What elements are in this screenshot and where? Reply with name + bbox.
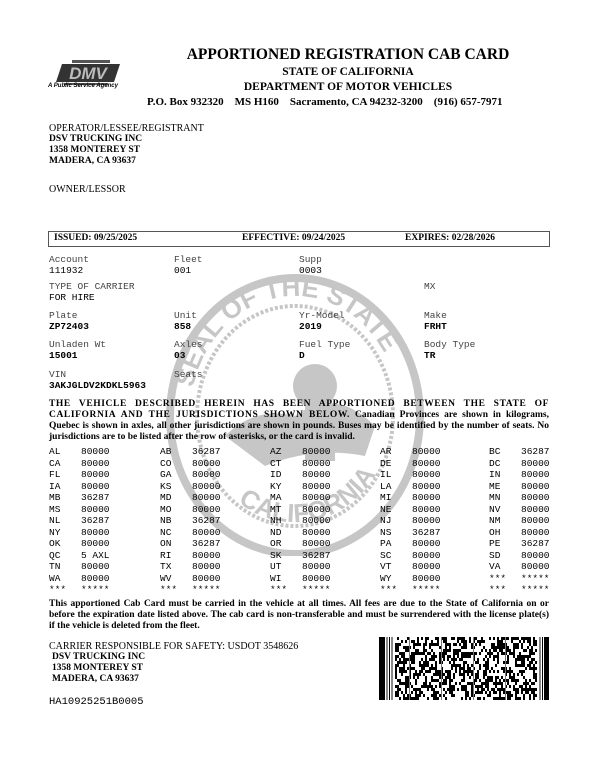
jurisdiction-weight: 80000 [412,538,441,549]
jurisdiction-row: NV80000 [489,504,550,516]
plate-value: ZP72403 [49,321,89,332]
jurisdiction-row: DE80000 [380,458,441,470]
jurisdiction-row: MD80000 [160,492,221,504]
unladen-wt-value: 15001 [49,350,78,361]
jurisdiction-weight: 80000 [521,515,550,526]
vin-value: 3AKJGLDV2KDKL5963 [49,380,146,391]
jurisdiction-weight: 80000 [521,550,550,561]
jurisdiction-weight: 80000 [192,527,221,538]
jurisdiction-weight: 80000 [81,504,110,515]
jurisdiction-weight: 80000 [81,561,110,572]
carry-notice: This apportioned Cab Card must be carrie… [49,599,549,632]
account-label: Account [49,254,89,265]
jurisdiction-row: WI80000 [270,573,331,585]
jurisdiction-weight: 80000 [521,481,550,492]
supp-value: 0003 [299,265,322,276]
jurisdiction-row: NB36287 [160,515,221,527]
jurisdiction-weight: 80000 [412,573,441,584]
document-title: APPORTIONED REGISTRATION CAB CARD [0,46,596,64]
jurisdiction-row: WY80000 [380,573,441,585]
account-value: 111932 [49,265,83,276]
jurisdiction-weight: 80000 [81,573,110,584]
jurisdiction-weight: 80000 [302,527,331,538]
jurisdiction-code: NL [49,515,81,527]
jurisdiction-code: WI [270,573,302,585]
jurisdiction-code: RI [160,550,192,562]
jurisdiction-code: ID [270,469,302,481]
jurisdiction-row: PA80000 [380,538,441,550]
safety-label: CARRIER RESPONSIBLE FOR SAFETY: USDOT 35… [49,641,298,652]
jurisdiction-weight: 80000 [192,561,221,572]
jurisdiction-code: OK [49,538,81,550]
jurisdiction-code: CO [160,458,192,470]
jurisdiction-weight: 36287 [412,527,441,538]
department-name: DEPARTMENT OF MOTOR VEHICLES [0,81,596,93]
jurisdiction-code: WY [380,573,412,585]
jurisdiction-code: ND [270,527,302,539]
jurisdiction-code: IA [49,481,81,493]
axles-value: 03 [174,350,185,361]
jurisdiction-weight: 80000 [81,481,110,492]
jurisdiction-code: MN [489,492,521,504]
jurisdiction-row: NY80000 [49,527,110,539]
owner-label: OWNER/LESSOR [49,184,126,195]
body-type-label: Body Type [424,339,475,350]
axles-label: Axles [174,339,203,350]
jurisdiction-weight: 80000 [81,446,110,457]
jurisdiction-row: AZ80000 [270,446,331,458]
jurisdiction-code: GA [160,469,192,481]
jurisdiction-code: SK [270,550,302,562]
jurisdiction-weight: 80000 [302,573,331,584]
jurisdiction-code: BC [489,446,521,458]
jurisdiction-weight: 36287 [302,550,331,561]
jurisdiction-column: AR80000DE80000IL80000LA80000MI80000NE800… [380,446,441,596]
jurisdiction-weight: 80000 [521,469,550,480]
jurisdiction-code: PE [489,538,521,550]
jurisdiction-row: VA80000 [489,561,550,573]
jurisdiction-row: WA80000 [49,573,110,585]
jurisdiction-row: RI80000 [160,550,221,562]
jurisdiction-code: UT [270,561,302,573]
jurisdiction-weight: 36287 [192,538,221,549]
jurisdiction-row: CT80000 [270,458,331,470]
jurisdiction-code: CA [49,458,81,470]
jurisdiction-weight: ***** [521,573,550,584]
jurisdiction-code: CT [270,458,302,470]
jurisdiction-weight: 36287 [521,446,550,457]
yr-model-label: Yr-Model [299,310,345,321]
jurisdiction-weight: 80000 [412,481,441,492]
jurisdiction-weight: ***** [302,584,331,595]
fleet-value: 001 [174,265,191,276]
jurisdiction-row: IA80000 [49,481,110,493]
jurisdiction-row: MN80000 [489,492,550,504]
jurisdiction-row: MI80000 [380,492,441,504]
jurisdiction-code: IL [380,469,412,481]
jurisdiction-weight: 80000 [192,481,221,492]
jurisdiction-code: NJ [380,515,412,527]
jurisdiction-row: SK36287 [270,550,331,562]
jurisdiction-weight: 80000 [521,504,550,515]
jurisdiction-code: OH [489,527,521,539]
jurisdiction-weight: ***** [81,584,110,595]
fleet-label: Fleet [174,254,203,265]
jurisdiction-weight: 80000 [302,504,331,515]
jurisdiction-weight: 80000 [302,538,331,549]
jurisdiction-row: TX80000 [160,561,221,573]
jurisdiction-code: *** [380,584,412,596]
jurisdiction-code: TX [160,561,192,573]
jurisdiction-code: MS [49,504,81,516]
jurisdiction-code: MB [49,492,81,504]
jurisdiction-row: ******** [270,584,331,596]
jurisdiction-column: AB36287CO80000GA80000KS80000MD80000MO800… [160,446,221,596]
jurisdiction-weight: 36287 [521,538,550,549]
jurisdiction-row: NH80000 [270,515,331,527]
jurisdiction-weight: 80000 [192,492,221,503]
jurisdiction-weight: ***** [412,584,441,595]
jurisdiction-row: ******** [380,584,441,596]
jurisdiction-weight: 80000 [192,469,221,480]
jurisdiction-row: NM80000 [489,515,550,527]
jurisdiction-column: AZ80000CT80000ID80000KY80000MA80000MT800… [270,446,331,596]
registrant-street: 1358 MONTEREY ST [49,145,142,156]
jurisdiction-code: *** [49,584,81,596]
jurisdiction-weight: 36287 [192,446,221,457]
jurisdiction-weight: 80000 [521,527,550,538]
jurisdiction-row: ME80000 [489,481,550,493]
jurisdiction-row: AB36287 [160,446,221,458]
seats-label: Seats [174,369,203,380]
jurisdiction-code: PA [380,538,412,550]
jurisdiction-weight: 36287 [81,492,110,503]
jurisdiction-row: ID80000 [270,469,331,481]
apportionment-notice: THE VEHICLE DESCRIBED HEREIN HAS BEEN AP… [49,399,549,443]
jurisdiction-code: VT [380,561,412,573]
jurisdiction-code: NH [270,515,302,527]
jurisdiction-row: ON36287 [160,538,221,550]
jurisdiction-weight: 80000 [192,550,221,561]
jurisdiction-weight: 80000 [302,469,331,480]
jurisdiction-weight: ***** [521,584,550,595]
jurisdiction-row: IL80000 [380,469,441,481]
jurisdiction-row: UT80000 [270,561,331,573]
jurisdiction-code: *** [270,584,302,596]
registrant-name: DSV TRUCKING INC [49,134,142,145]
registrant-label: OPERATOR/LESSEE/REGISTRANT [49,123,204,134]
jurisdiction-code: *** [160,584,192,596]
jurisdiction-row: GA80000 [160,469,221,481]
safety-name: DSV TRUCKING INC [52,652,145,663]
jurisdiction-code: IN [489,469,521,481]
safety-carrier-block: DSV TRUCKING INC 1358 MONTEREY ST MADERA… [52,652,145,685]
jurisdiction-row: NS36287 [380,527,441,539]
jurisdiction-row: SD80000 [489,550,550,562]
jurisdiction-row: QC5 AXL [49,550,110,562]
jurisdiction-weight: 80000 [412,469,441,480]
fuel-type-label: Fuel Type [299,339,350,350]
jurisdiction-weight: 80000 [302,492,331,503]
jurisdiction-row: VT80000 [380,561,441,573]
jurisdiction-weight: 80000 [81,458,110,469]
jurisdiction-weight: 80000 [81,527,110,538]
jurisdiction-weight: 80000 [192,458,221,469]
jurisdiction-code: MA [270,492,302,504]
jurisdiction-code: AL [49,446,81,458]
jurisdiction-row: CO80000 [160,458,221,470]
plate-label: Plate [49,310,78,321]
dates-box: ISSUED: 09/25/2025 EFFECTIVE: 09/24/2025… [48,231,550,247]
jurisdiction-code: NV [489,504,521,516]
jurisdiction-weight: ***** [192,584,221,595]
jurisdiction-row: SC80000 [380,550,441,562]
jurisdiction-weight: 80000 [521,458,550,469]
jurisdiction-code: NS [380,527,412,539]
unladen-wt-label: Unladen Wt [49,339,106,350]
jurisdiction-weight: 80000 [412,550,441,561]
pdf417-barcode [379,637,549,700]
jurisdiction-row: OK80000 [49,538,110,550]
jurisdiction-code: LA [380,481,412,493]
jurisdiction-code: *** [489,584,521,596]
jurisdiction-code: WV [160,573,192,585]
jurisdiction-column: BC36287DC80000IN80000ME80000MN80000NV800… [489,446,550,596]
jurisdiction-code: NB [160,515,192,527]
jurisdiction-weight: 80000 [412,504,441,515]
jurisdiction-code: AR [380,446,412,458]
jurisdiction-row: ******** [160,584,221,596]
jurisdiction-row: MS80000 [49,504,110,516]
safety-street: 1358 MONTEREY ST [52,663,145,674]
jurisdiction-weight: 80000 [192,504,221,515]
carrier-type-label: TYPE OF CARRIER [49,281,135,292]
issued-date: ISSUED: 09/25/2025 [54,233,137,243]
jurisdiction-weight: 80000 [302,481,331,492]
jurisdiction-weight: 80000 [302,561,331,572]
jurisdiction-weight: 80000 [412,458,441,469]
jurisdiction-row: OR80000 [270,538,331,550]
jurisdiction-row: NE80000 [380,504,441,516]
jurisdiction-row: NL36287 [49,515,110,527]
jurisdiction-weight: 80000 [412,515,441,526]
jurisdiction-row: KY80000 [270,481,331,493]
jurisdiction-code: WA [49,573,81,585]
yr-model-value: 2019 [299,321,322,332]
jurisdiction-code: NE [380,504,412,516]
expires-date: EXPIRES: 02/28/2026 [405,233,495,243]
jurisdiction-code: FL [49,469,81,481]
jurisdiction-code: NY [49,527,81,539]
jurisdiction-weight: 80000 [302,458,331,469]
jurisdiction-row: ******** [489,584,550,596]
jurisdiction-row: PE36287 [489,538,550,550]
jurisdiction-weight: 80000 [412,561,441,572]
jurisdiction-code: DE [380,458,412,470]
jurisdiction-row: OH80000 [489,527,550,539]
jurisdiction-row: MT80000 [270,504,331,516]
effective-date: EFFECTIVE: 09/24/2025 [242,233,345,243]
jurisdiction-row: TN80000 [49,561,110,573]
jurisdiction-weight: 80000 [302,446,331,457]
jurisdiction-row: AL80000 [49,446,110,458]
jurisdiction-code: AB [160,446,192,458]
jurisdiction-row: BC36287 [489,446,550,458]
jurisdiction-weight: 80000 [81,469,110,480]
make-label: Make [424,310,447,321]
jurisdiction-row: ******** [489,573,550,585]
jurisdiction-code: QC [49,550,81,562]
make-value: FRHT [424,321,447,332]
jurisdiction-weight: 5 AXL [81,550,110,561]
carrier-type-value: FOR HIRE [49,292,95,303]
jurisdiction-code: KY [270,481,302,493]
jurisdiction-row: WV80000 [160,573,221,585]
jurisdiction-row: NC80000 [160,527,221,539]
jurisdiction-code: KS [160,481,192,493]
jurisdiction-code: MI [380,492,412,504]
jurisdiction-row: MB36287 [49,492,110,504]
registrant-block: DSV TRUCKING INC 1358 MONTEREY ST MADERA… [49,134,142,167]
jurisdiction-row: MO80000 [160,504,221,516]
jurisdiction-weight: 36287 [81,515,110,526]
jurisdiction-code: MD [160,492,192,504]
jurisdiction-row: LA80000 [380,481,441,493]
jurisdiction-weight: 80000 [412,446,441,457]
fuel-type-value: D [299,350,305,361]
jurisdiction-code: AZ [270,446,302,458]
jurisdiction-weight: 80000 [412,492,441,503]
jurisdiction-code: ME [489,481,521,493]
jurisdiction-code: ON [160,538,192,550]
jurisdiction-code: DC [489,458,521,470]
jurisdiction-code: NM [489,515,521,527]
unit-value: 858 [174,321,191,332]
jurisdiction-row: NJ80000 [380,515,441,527]
jurisdiction-code: *** [489,573,521,585]
jurisdiction-row: AR80000 [380,446,441,458]
jurisdiction-code: MT [270,504,302,516]
jurisdiction-weight: 80000 [521,492,550,503]
body-type-value: TR [424,350,435,361]
jurisdiction-weight: 80000 [521,561,550,572]
jurisdiction-weight: 80000 [302,515,331,526]
safety-city: MADERA, CA 93637 [52,674,145,685]
jurisdiction-code: MO [160,504,192,516]
jurisdiction-code: OR [270,538,302,550]
jurisdiction-weight: 80000 [192,573,221,584]
jurisdiction-code: SC [380,550,412,562]
department-address: P.O. Box 932320 MS H160 Sacramento, CA 9… [147,96,503,108]
jurisdiction-row: ND80000 [270,527,331,539]
jurisdiction-row: KS80000 [160,481,221,493]
unit-label: Unit [174,310,197,321]
jurisdiction-row: DC80000 [489,458,550,470]
jurisdiction-code: VA [489,561,521,573]
jurisdiction-code: TN [49,561,81,573]
state-name: STATE OF CALIFORNIA [0,66,596,78]
document-id: HA10925251B0005 [49,696,144,708]
jurisdiction-code: NC [160,527,192,539]
jurisdiction-row: CA80000 [49,458,110,470]
jurisdiction-row: ******** [49,584,110,596]
jurisdiction-row: FL80000 [49,469,110,481]
registrant-city: MADERA, CA 93637 [49,156,142,167]
supp-label: Supp [299,254,322,265]
jurisdiction-row: MA80000 [270,492,331,504]
jurisdiction-weight: 36287 [192,515,221,526]
vin-label: VIN [49,369,66,380]
jurisdiction-column: AL80000CA80000FL80000IA80000MB36287MS800… [49,446,110,596]
jurisdiction-code: SD [489,550,521,562]
mx-label: MX [424,281,435,292]
jurisdiction-row: IN80000 [489,469,550,481]
jurisdiction-weight: 80000 [81,538,110,549]
